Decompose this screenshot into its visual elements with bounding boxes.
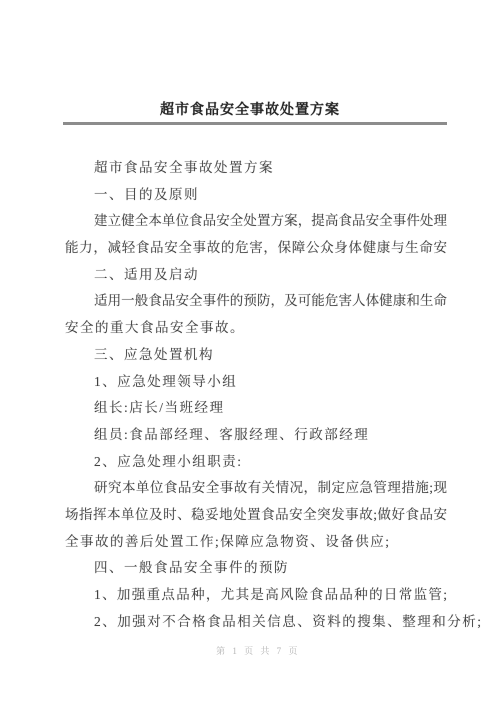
page-footer: 第 1 页 共 7 页 xyxy=(8,644,500,657)
title-divider-line xyxy=(63,122,447,125)
document-line-8: 三、应急处置机构 xyxy=(65,342,447,369)
document-line-10: 组长:店长/当班经理 xyxy=(65,395,447,422)
document-line-2: 一、目的及原则 xyxy=(65,182,447,209)
document-line-9: 1、应急处理领导小组 xyxy=(65,369,447,396)
document-line-14: 场指挥本单位及时、稳妥地处置食品安全突发事故;做好食品安 xyxy=(65,502,447,529)
document-line-17: 1、加强重点品种，尤其是高风险食品品种的日常监管; xyxy=(65,582,447,609)
document-page: 超市食品安全事故处置方案 超市食品安全事故处置方案一、目的及原则建立健全本单位食… xyxy=(0,0,500,707)
document-line-11: 组员:食品部经理、客服经理、行政部经理 xyxy=(65,422,447,449)
page-number-text: 第 1 页 共 7 页 xyxy=(216,646,300,656)
document-line-3: 建立健全本单位食品安全处置方案，提高食品安全事件处理 xyxy=(65,208,447,235)
document-line-5: 二、适用及启动 xyxy=(65,262,447,289)
document-line-16: 四、一般食品安全事件的预防 xyxy=(65,555,447,582)
document-line-6: 适用一般食品安全事件的预防，及可能危害人体健康和生命 xyxy=(65,288,447,315)
document-line-12: 2、应急处理小组职责: xyxy=(65,449,447,476)
document-line-13: 研究本单位食品安全事故有关情况，制定应急管理措施;现 xyxy=(65,475,447,502)
document-line-15: 全事故的善后处置工作;保障应急物资、设备供应; xyxy=(65,529,447,556)
document-line-7: 安全的重大食品安全事故。 xyxy=(65,315,447,342)
document-line-18: 2、加强对不合格食品相关信息、资料的搜集、整理和分析; xyxy=(65,609,447,636)
document-body: 超市食品安全事故处置方案一、目的及原则建立健全本单位食品安全处置方案，提高食品安… xyxy=(65,155,447,635)
document-line-4: 能力，减轻食品安全事故的危害，保障公众身体健康与生命安全。 xyxy=(65,235,447,262)
document-title: 超市食品安全事故处置方案 xyxy=(0,99,500,119)
document-line-1: 超市食品安全事故处置方案 xyxy=(65,155,447,182)
